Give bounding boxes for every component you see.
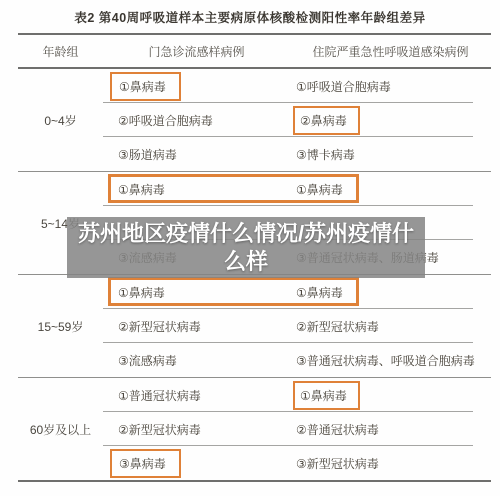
column-header-inpatient-sari: 住院严重急性呼吸道感染病例 <box>290 43 491 60</box>
pathogen-cell: ③普通冠状病毒、呼吸道合胞病毒 <box>296 354 475 368</box>
age-group-0-4: 0~4岁 ①鼻病毒 ①呼吸道合胞病毒 ②呼吸道合胞病毒 ②鼻病毒 ③肠道病毒 ③… <box>18 69 491 172</box>
article-table-image: 表2 第40周呼吸道样本主要病原体核酸检测阳性率年龄组差异 年龄组 门急诊流感样… <box>0 0 500 496</box>
pathogen-cell: ①呼吸道合胞病毒 <box>296 80 391 94</box>
rank-row-2: ②呼吸道合胞病毒 ②鼻病毒 <box>103 103 491 137</box>
pathogen-cell: ②普通冠状病毒 <box>296 423 379 437</box>
rank-row-1: ①鼻病毒 ①鼻病毒 <box>103 172 491 206</box>
rank-row-2: ②新型冠状病毒 ②新型冠状病毒 <box>103 309 491 343</box>
pathogen-cell: ③流感病毒 <box>118 354 177 368</box>
pathogen-cell: ①普通冠状病毒 <box>118 389 201 403</box>
pathogen-cell-highlighted: ①鼻病毒 <box>293 381 360 410</box>
age-group-label: 60岁及以上 <box>18 378 103 480</box>
pathogen-cell: ③肠道病毒 <box>118 148 177 162</box>
column-header-age-group: 年龄组 <box>18 43 103 60</box>
rank-row-1: ①鼻病毒 ①鼻病毒 <box>103 275 491 309</box>
table-header-row: 年龄组 门急诊流感样病例 住院严重急性呼吸道感染病例 <box>18 33 491 69</box>
pathogen-cell-highlighted: ①鼻病毒 <box>110 72 181 101</box>
table-title: 表2 第40周呼吸道样本主要病原体核酸检测阳性率年龄组差异 <box>0 8 500 26</box>
pathogen-cell: ①鼻病毒 <box>296 183 343 197</box>
pathogen-cell: ②新型冠状病毒 <box>118 423 201 437</box>
pathogen-cell: ②新型冠状病毒 <box>296 320 379 334</box>
age-group-label: 0~4岁 <box>18 69 103 171</box>
column-header-outpatient-ili: 门急诊流感样病例 <box>103 43 290 60</box>
rank-row-3: ③流感病毒 ③普通冠状病毒、呼吸道合胞病毒 <box>103 343 491 377</box>
pathogen-cell: ③新型冠状病毒 <box>296 457 379 471</box>
pathogen-cell: ①鼻病毒 <box>118 286 165 300</box>
pathogen-cell: ②新型冠状病毒 <box>118 320 201 334</box>
rank-row-3: ③肠道病毒 ③博卡病毒 <box>103 137 491 171</box>
pathogen-cell-highlighted: ③鼻病毒 <box>110 449 181 478</box>
age-group-label: 15~59岁 <box>18 275 103 377</box>
watermark-caption: 苏州地区疫情什么情况/苏州疫情什么样 <box>67 217 425 278</box>
pathogen-cell: ①鼻病毒 <box>118 183 165 197</box>
pathogen-cell-highlighted: ②鼻病毒 <box>293 106 360 135</box>
rank-row-2: ②新型冠状病毒 ②普通冠状病毒 <box>103 412 491 446</box>
age-group-15-59: 15~59岁 ①鼻病毒 ①鼻病毒 ②新型冠状病毒 ②新型冠状病毒 ③流感病毒 ③… <box>18 275 491 378</box>
rank-row-3: ③鼻病毒 ③新型冠状病毒 <box>103 446 491 480</box>
age-group-60-plus: 60岁及以上 ①普通冠状病毒 ①鼻病毒 ②新型冠状病毒 ②普通冠状病毒 ③鼻病毒… <box>18 378 491 482</box>
rank-row-1: ①鼻病毒 ①呼吸道合胞病毒 <box>103 69 491 103</box>
pathogen-cell: ②呼吸道合胞病毒 <box>118 114 213 128</box>
rank-row-1: ①普通冠状病毒 ①鼻病毒 <box>103 378 491 412</box>
pathogen-cell: ①鼻病毒 <box>296 286 343 300</box>
pathogen-cell: ③博卡病毒 <box>296 148 355 162</box>
